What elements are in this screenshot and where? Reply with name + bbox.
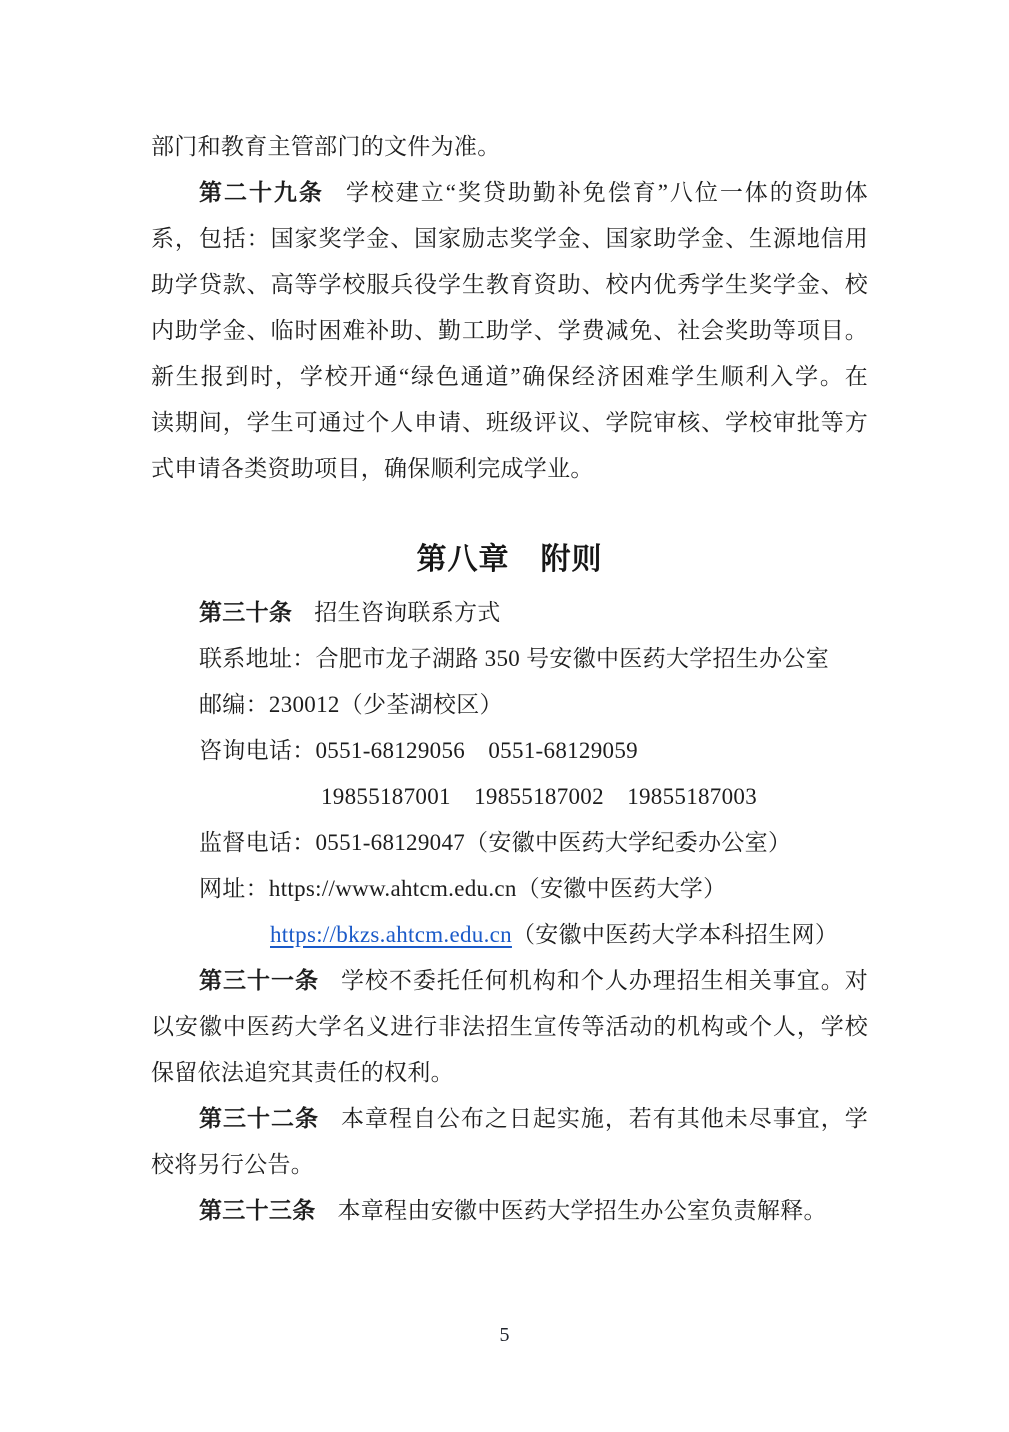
- article-33-line: 第三十三条本章程由安徽中医药大学招生办公室负责解释。: [151, 1188, 868, 1234]
- article-29-line-1: 第二十九条学校建立“奖贷助勤补免偿育”八位一体的资助体: [151, 170, 868, 216]
- article-30-line: 第三十条招生咨询联系方式: [151, 590, 868, 636]
- page-number: 5: [0, 1312, 1009, 1358]
- article-29-line-6: 读期间，学生可通过个人申请、班级评议、学院审核、学校审批等方: [151, 400, 868, 446]
- article-32-label: 第三十二条: [199, 1106, 319, 1131]
- supervision-phone-line: 监督电话：0551-68129047（安徽中医药大学纪委办公室）: [151, 820, 868, 866]
- article-31-line-2: 以安徽中医药大学名义进行非法招生宣传等活动的机构或个人，学校: [151, 1004, 868, 1050]
- article-31-line-1: 第三十一条学校不委托任何机构和个人办理招生相关事宜。对: [151, 958, 868, 1004]
- article-33-label: 第三十三条: [199, 1198, 316, 1223]
- article-32-line-1: 第三十二条本章程自公布之日起实施，若有其他未尽事宜，学: [151, 1096, 868, 1142]
- inquiry-phone-line-2: 19855187001 19855187002 19855187003: [151, 774, 868, 820]
- admissions-website-caption: （安徽中医药大学本科招生网）: [512, 922, 838, 947]
- article-29-line-7: 式申请各类资助项目，确保顺利完成学业。: [151, 446, 868, 492]
- article-29-line-4: 内助学金、临时困难补助、勤工助学、学费减免、社会奖助等项目。: [151, 308, 868, 354]
- website-line: 网址：https://www.ahtcm.edu.cn（安徽中医药大学）: [151, 866, 868, 912]
- document-body: 部门和教育主管部门的文件为准。 第二十九条学校建立“奖贷助勤补免偿育”八位一体的…: [151, 124, 868, 1234]
- inquiry-phone-line: 咨询电话：0551-68129056 0551-68129059: [151, 728, 868, 774]
- paragraph-28-last-line: 部门和教育主管部门的文件为准。: [151, 124, 868, 170]
- article-31-label: 第三十一条: [199, 968, 319, 993]
- article-29-line-2: 系，包括：国家奖学金、国家励志奖学金、国家助学金、生源地信用: [151, 216, 868, 262]
- article-29-line-3: 助学贷款、高等学校服兵役学生教育资助、校内优秀学生奖学金、校: [151, 262, 868, 308]
- article-31-line-3: 保留依法追究其责任的权利。: [151, 1050, 868, 1096]
- article-29-line-5: 新生报到时，学校开通“绿色通道”确保经济困难学生顺利入学。在: [151, 354, 868, 400]
- article-32-text: 本章程自公布之日起实施，若有其他未尽事宜，学: [341, 1106, 868, 1131]
- article-33-text: 本章程由安徽中医药大学招生办公室负责解释。: [338, 1198, 827, 1223]
- article-29-text: 学校建立“奖贷助勤补免偿育”八位一体的资助体: [346, 180, 868, 205]
- article-32-line-2: 校将另行公告。: [151, 1142, 868, 1188]
- document-page: 部门和教育主管部门的文件为准。 第二十九条学校建立“奖贷助勤补免偿育”八位一体的…: [0, 0, 1009, 1432]
- article-30-text: 招生咨询联系方式: [314, 600, 500, 625]
- article-31-text: 学校不委托任何机构和个人办理招生相关事宜。对: [341, 968, 868, 993]
- article-29-label: 第二十九条: [199, 180, 324, 205]
- contact-address-line: 联系地址：合肥市龙子湖路 350 号安徽中医药大学招生办公室: [151, 636, 868, 682]
- postal-code-line: 邮编：230012（少荃湖校区）: [151, 682, 868, 728]
- article-30-label: 第三十条: [199, 600, 292, 625]
- bkzs-admissions-link[interactable]: https://bkzs.ahtcm.edu.cn: [270, 922, 512, 947]
- chapter-8-heading: 第八章 附则: [151, 537, 868, 583]
- admissions-website-line: https://bkzs.ahtcm.edu.cn（安徽中医药大学本科招生网）: [151, 912, 868, 958]
